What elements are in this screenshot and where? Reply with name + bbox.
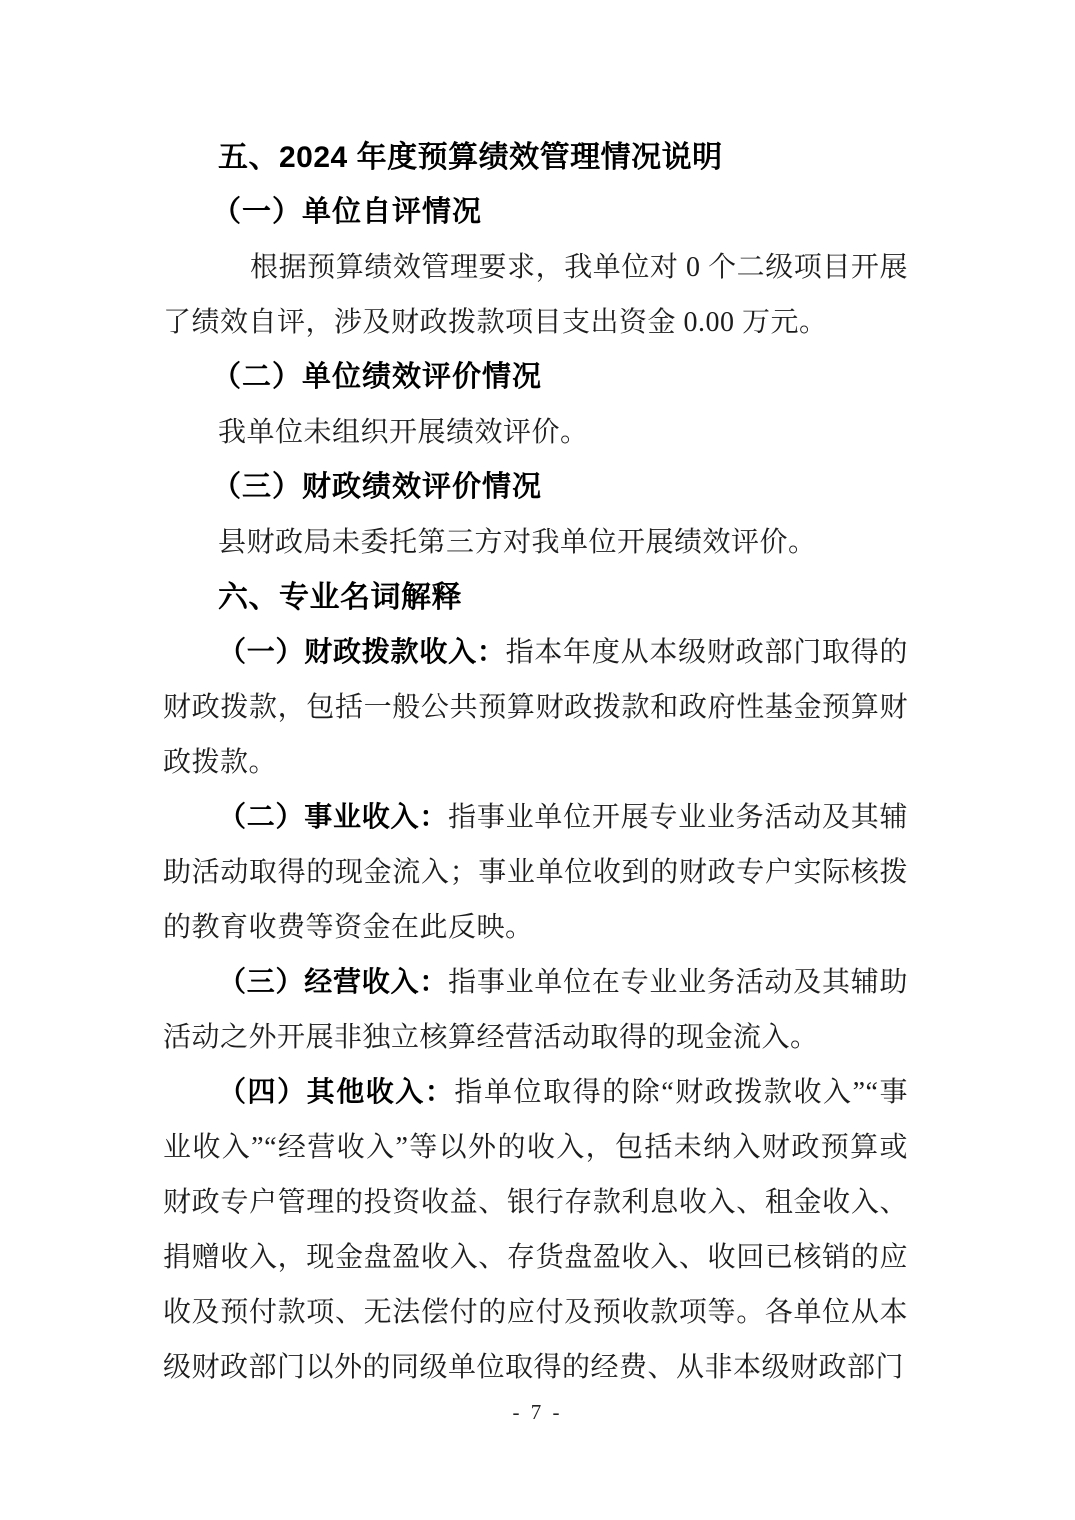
paragraph-unit-evaluation-status: 我单位未组织开展绩效评价。: [163, 405, 908, 460]
paragraph-self-evaluation-detail: 根据预算绩效管理要求，我单位对 0 个二级项目开展了绩效自评，涉及财政拨款项目支…: [163, 240, 908, 350]
term-definition-other-income: 指单位取得的除“财政拨款收入”“事业收入”“经营收入”等以外的收入，包括未纳入财…: [163, 1077, 908, 1383]
paragraph-fiscal-evaluation-status: 县财政局未委托第三方对我单位开展绩效评价。: [163, 515, 908, 570]
term-lead-operating-income: （三）经营收入：: [218, 967, 448, 998]
page-number: - 7 -: [0, 1400, 1075, 1425]
subheading-5-3-fiscal-performance-evaluation: （三）财政绩效评价情况: [163, 460, 908, 515]
paragraph-term-fiscal-appropriation-income: （一）财政拨款收入：指本年度从本级财政部门取得的财政拨款，包括一般公共预算财政拨…: [163, 625, 908, 790]
document-page: 五、2024 年度预算绩效管理情况说明 （一）单位自评情况 根据预算绩效管理要求…: [0, 0, 1075, 1520]
paragraph-term-business-income: （二）事业收入：指事业单位开展专业业务活动及其辅助活动取得的现金流入；事业单位收…: [163, 790, 908, 955]
term-lead-other-income: （四）其他收入：: [218, 1077, 454, 1108]
section-heading-5-performance-management: 五、2024 年度预算绩效管理情况说明: [163, 130, 908, 185]
document-content: 五、2024 年度预算绩效管理情况说明 （一）单位自评情况 根据预算绩效管理要求…: [163, 130, 908, 1395]
subheading-5-1-self-evaluation: （一）单位自评情况: [163, 185, 908, 240]
paragraph-term-operating-income: （三）经营收入：指事业单位在专业业务活动及其辅助活动之外开展非独立核算经营活动取…: [163, 955, 908, 1065]
term-lead-fiscal-appropriation-income: （一）财政拨款收入：: [218, 637, 506, 668]
subheading-5-2-unit-performance-evaluation: （二）单位绩效评价情况: [163, 350, 908, 405]
section-heading-6-terminology: 六、专业名词解释: [163, 570, 908, 625]
paragraph-term-other-income: （四）其他收入：指单位取得的除“财政拨款收入”“事业收入”“经营收入”等以外的收…: [163, 1065, 908, 1395]
term-lead-business-income: （二）事业收入：: [218, 802, 448, 833]
